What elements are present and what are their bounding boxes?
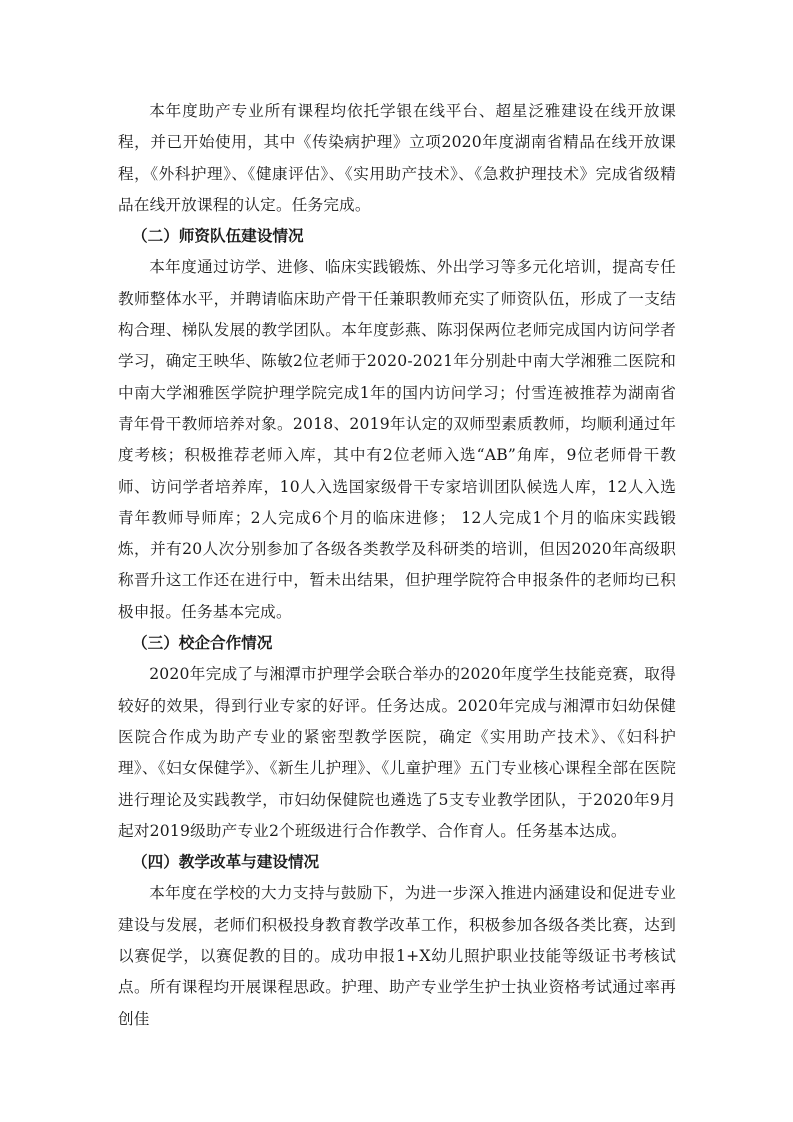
heading-faculty: （二）师资队伍建设情况 bbox=[118, 221, 676, 252]
paragraph-faculty: 本年度通过访学、进修、临床实践锻炼、外出学习等多元化培训，提高专任教师整体水平，… bbox=[118, 252, 676, 628]
document-page: 本年度助产专业所有课程均依托学银在线平台、超星泛雅建设在线开放课程，并已开始使用… bbox=[118, 96, 676, 1035]
paragraph-online-courses: 本年度助产专业所有课程均依托学银在线平台、超星泛雅建设在线开放课程，并已开始使用… bbox=[118, 96, 676, 221]
paragraph-teaching-reform: 本年度在学校的大力支持与鼓励下，为进一步深入推进内涵建设和促进专业建设与发展，老… bbox=[118, 878, 676, 1034]
heading-school-enterprise: （三）校企合作情况 bbox=[118, 628, 676, 659]
paragraph-school-enterprise: 2020年完成了与湘潭市护理学会联合举办的2020年度学生技能竞赛，取得较好的效… bbox=[118, 659, 676, 847]
heading-teaching-reform: （四）教学改革与建设情况 bbox=[118, 847, 676, 878]
